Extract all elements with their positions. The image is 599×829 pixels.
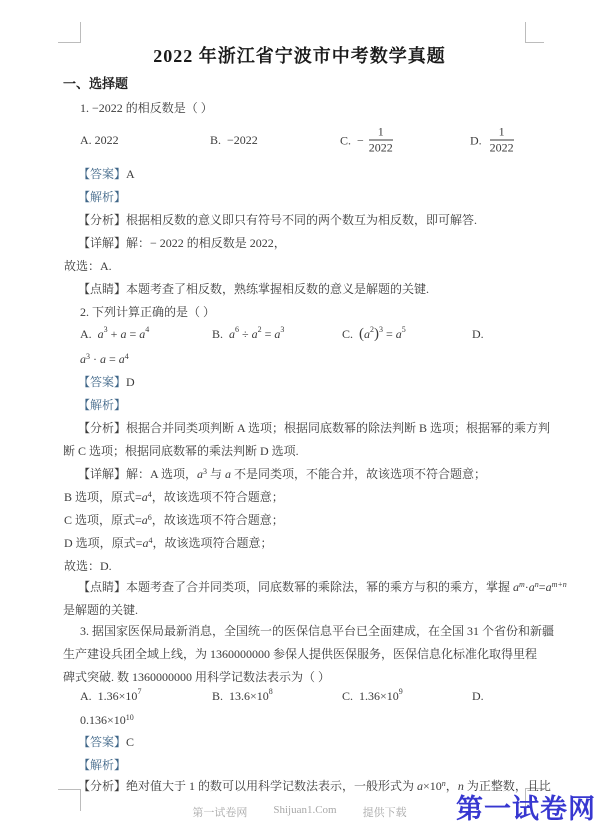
text: 【分析】根据相反数的意义即只有符号不同的两个数互为相反数，即可解答. (78, 213, 477, 227)
crop-mark-top-left-vertical (80, 22, 81, 43)
option-A: A. 1.36×107 (80, 688, 141, 704)
marker-label: 【答案】 (78, 375, 126, 389)
superscript: 10 (126, 713, 134, 722)
option-D: D. 12022 (470, 126, 516, 155)
text: D 选项，原式= (64, 536, 142, 550)
text: C. (342, 326, 359, 342)
text: = (126, 326, 139, 342)
superscript: 2 (258, 322, 262, 338)
section-heading: 一、选择题 (63, 76, 128, 92)
text: A. (80, 326, 98, 342)
footer-site-url: Shijuan1.Com (273, 804, 336, 820)
text: ，故该选项符合题意； (152, 536, 272, 550)
superscript: 9 (399, 684, 403, 700)
option-D: D. (472, 688, 484, 704)
answer-3: 【答案】C (78, 734, 134, 750)
fraction: 12022 (490, 126, 514, 155)
superscript: 4 (145, 322, 149, 338)
question-2: 2. 下列计算正确的是（ ） (80, 304, 215, 320)
math-variable: a (529, 580, 535, 594)
note-2-line1: 【点睛】本题考查了合并同类项，同底数幂的乘除法，幂的乘方与积的乘方，掌握 am·… (78, 579, 567, 597)
text: B 选项，原式= (64, 490, 142, 504)
superscript: 8 (269, 684, 273, 700)
superscript: 4 (148, 536, 152, 545)
document-title: 2022 年浙江省宁波市中考数学真题 (0, 42, 599, 68)
math-variable: a (119, 352, 125, 366)
superscript: 3 (104, 322, 108, 338)
detail-2-option-b: B 选项，原式=a4，故该选项不符合题意； (64, 489, 284, 507)
superscript: n (442, 779, 446, 788)
analysis-label-1: 【解析】 (78, 189, 126, 205)
question-3-line3: 碑式突破. 数 1360000000 用科学记数法表示为（ ） (63, 669, 330, 685)
text: 3. 据国家医保局最新消息，全国统一的医保信息平台已全面建成，在全国 31 个省… (80, 624, 554, 638)
note-2-line2: 是解题的关键. (63, 602, 138, 618)
analysis-1: 【分析】根据相反数的意义即只有符号不同的两个数互为相反数，即可解答. (78, 212, 477, 228)
text: C. − (340, 132, 367, 148)
fraction: 12022 (369, 126, 393, 155)
question-3-option-d-continued: 0.136×1010 (80, 712, 134, 730)
option-B: B. 13.6×108 (212, 688, 273, 704)
text: 一、选择题 (63, 76, 128, 91)
text: C 选项，原式= (64, 513, 142, 527)
superscript: 3 (280, 322, 284, 338)
text: ，故该选项不符合题意； (152, 513, 284, 527)
text: D (126, 375, 135, 389)
text: C. 1.36×10 (342, 688, 399, 704)
analysis-label-2: 【解析】 (78, 397, 126, 413)
text: A (126, 167, 135, 181)
footer-download-text: 提供下载 (363, 804, 407, 820)
analysis-2-line2: 断 C 选项；根据同底数幂的乘法判断 D 选项. (63, 443, 299, 459)
choose-1: 故选：A. (64, 258, 112, 274)
text: ，故该选项不符合题意； (152, 490, 284, 504)
option-C: C. − 12022 (340, 126, 395, 155)
text: 【点睛】本题考查了相反数，熟练掌握相反数的意义是解题的关键. (78, 282, 429, 296)
option-A: A. 2022 (80, 132, 119, 148)
text: 【详解】解：A 选项， (78, 467, 197, 481)
fraction-denominator: 2022 (369, 141, 393, 155)
marker-label: 【答案】 (78, 735, 126, 749)
superscript: 6 (235, 322, 239, 338)
text: D. (472, 688, 484, 704)
option-B: B. a6 ÷ a2 = a3 (212, 326, 284, 342)
question-2-option-d-continued: a3 · a = a4 (80, 351, 129, 369)
answer-2: 【答案】D (78, 374, 135, 390)
superscript: 3 (203, 467, 207, 476)
marker-label: 【解析】 (78, 758, 126, 772)
superscript: m (519, 580, 525, 589)
superscript: 5 (402, 322, 406, 338)
fraction-numerator: 1 (369, 126, 393, 141)
text: A. 2022 (80, 132, 119, 148)
question-1: 1. −2022 的相反数是（ ） (80, 100, 213, 116)
text: = (539, 580, 546, 594)
option-D: D. (472, 326, 484, 342)
detail-1: 【详解】解：− 2022 的相反数是 2022， (78, 235, 286, 251)
question-3-line2: 生产建设兵团全域上线，为 1360000000 参保人提供医保服务，医保信息化标… (63, 646, 537, 662)
question-1-options: A. 2022B. −2022C. − 12022D. 12022 (62, 120, 582, 160)
text: 【详解】解：− 2022 的相反数是 2022， (78, 236, 286, 250)
superscript: 4 (148, 490, 152, 499)
question-2-options: A. a3 + a = a4B. a6 ÷ a2 = a3C. (a2)3 = … (62, 326, 582, 342)
text: = (383, 326, 396, 342)
detail-2: 【详解】解：A 选项，a3 与 a 不是同类项，不能合并，故该选项不符合题意； (78, 466, 486, 484)
option-C: C. 1.36×109 (342, 688, 403, 704)
text: 碑式突破. 数 1360000000 用科学记数法表示为（ ） (63, 670, 330, 684)
text: B. 13.6×10 (212, 688, 269, 704)
text: D. (472, 326, 484, 342)
document-page: 2022 年浙江省宁波市中考数学真题 一、选择题1. −2022 的相反数是（ … (0, 0, 599, 829)
text: · (90, 352, 100, 366)
math-variable: a (546, 580, 552, 594)
answer-1: 【答案】A (78, 166, 135, 182)
analysis-2-line1: 【分析】根据合并同类项判断 A 选项；根据同底数幂的除法判断 B 选项；根据幂的… (78, 420, 550, 436)
superscript: 4 (125, 352, 129, 361)
text: 生产建设兵团全域上线，为 1360000000 参保人提供医保服务，医保信息化标… (63, 647, 537, 661)
text: C (126, 735, 134, 749)
crop-mark-top-right-vertical (525, 22, 526, 43)
option-A: A. a3 + a = a4 (80, 326, 149, 342)
fraction-denominator: 2022 (490, 141, 514, 155)
text: A. 1.36×10 (80, 688, 137, 704)
text: D. (470, 132, 488, 148)
text: ×10 (423, 779, 442, 793)
text: = (106, 352, 119, 366)
marker-label: 【答案】 (78, 167, 126, 181)
text: 与 (207, 467, 225, 481)
text: B. (212, 326, 229, 342)
question-3-options: A. 1.36×107B. 13.6×108C. 1.36×109D. (62, 688, 582, 704)
question-3-line1: 3. 据国家医保局最新消息，全国统一的医保信息平台已全面建成，在全国 31 个省… (80, 623, 554, 639)
text: + (108, 326, 121, 342)
analysis-label-3: 【解析】 (78, 757, 126, 773)
superscript: 7 (137, 684, 141, 700)
superscript: 3 (86, 352, 90, 361)
math-variable: a (142, 513, 148, 527)
option-B: B. −2022 (210, 132, 258, 148)
marker-label: 【解析】 (78, 190, 126, 204)
text: 【分析】绝对值大于 1 的数可以用科学记数法表示，一般形式为 (78, 779, 417, 793)
brand-watermark: 第一试卷网 (456, 787, 596, 826)
detail-2-option-d: D 选项，原式=a4，故该选项符合题意； (64, 535, 272, 553)
choose-2: 故选：D. (64, 558, 112, 574)
text: B. −2022 (210, 132, 258, 148)
superscript: m+n (552, 580, 567, 589)
option-C: C. (a2)3 = a5 (342, 326, 406, 342)
footer-site-name: 第一试卷网 (192, 804, 247, 820)
text: 1. −2022 的相反数是（ ） (80, 101, 213, 115)
superscript: 3 (379, 322, 383, 338)
detail-2-option-c: C 选项，原式=a6，故该选项不符合题意； (64, 512, 284, 530)
text: 0.136×10 (80, 713, 126, 727)
superscript: n (535, 580, 539, 589)
text: 2. 下列计算正确的是（ ） (80, 305, 215, 319)
text: 故选：A. (64, 259, 112, 273)
superscript: 2 (370, 322, 374, 338)
marker-label: 【解析】 (78, 398, 126, 412)
math-variable: a (142, 490, 148, 504)
text: 是解题的关键. (63, 603, 138, 617)
text: 故选：D. (64, 559, 112, 573)
text: = (262, 326, 275, 342)
text: 【点睛】本题考查了合并同类项，同底数幂的乘除法，幂的乘方与积的乘方，掌握 (78, 580, 513, 594)
text: 不是同类项，不能合并，故该选项不符合题意； (231, 467, 486, 481)
text: 断 C 选项；根据同底数幂的乘法判断 D 选项. (63, 444, 299, 458)
text: 【分析】根据合并同类项判断 A 选项；根据同底数幂的除法判断 B 选项；根据幂的… (78, 421, 550, 435)
fraction-numerator: 1 (490, 126, 514, 141)
text: ÷ (239, 326, 252, 342)
note-1: 【点睛】本题考查了相反数，熟练掌握相反数的意义是解题的关键. (78, 281, 429, 297)
superscript: 6 (148, 513, 152, 522)
